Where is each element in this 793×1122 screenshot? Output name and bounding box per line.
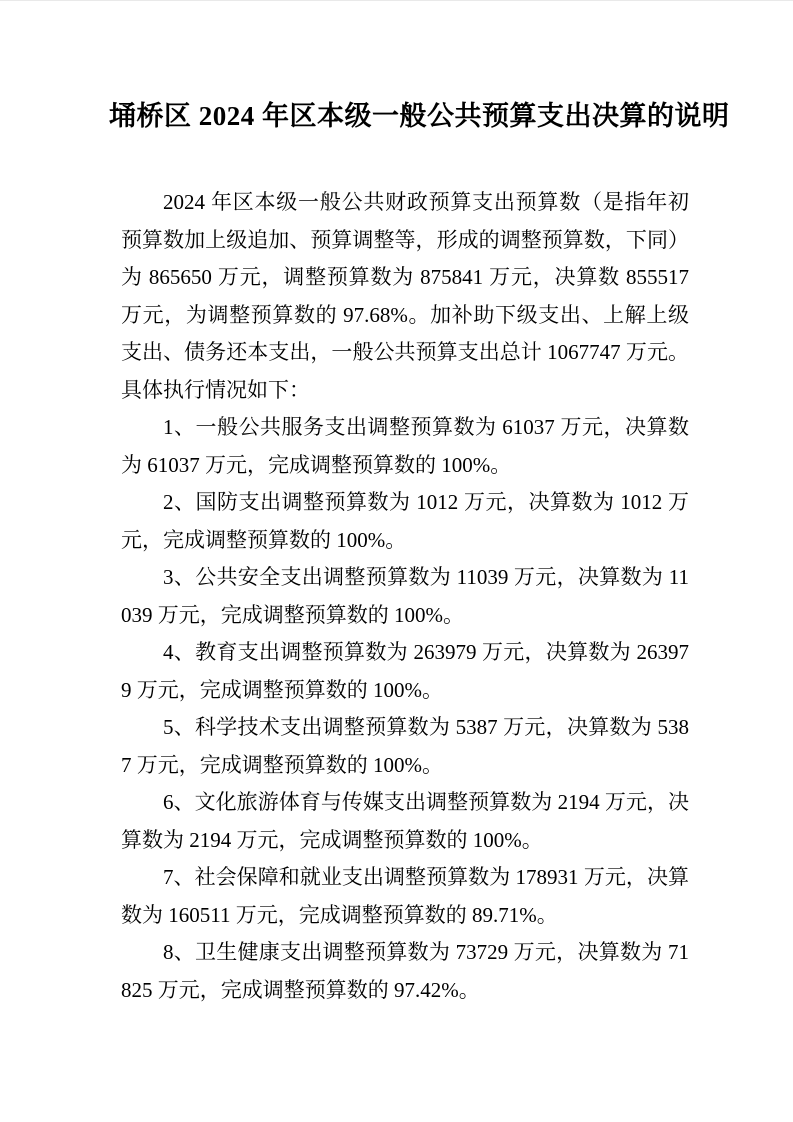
expense-item-3-public-security: 3、公共安全支出调整预算数为 11039 万元，决算数为 11039 万元，完成…: [121, 559, 689, 634]
document-title: 埇桥区 2024 年区本级一般公共预算支出决算的说明: [109, 96, 689, 136]
document-body: 2024 年区本级一般公共财政预算支出预算数（是指年初预算数加上级追加、预算调整…: [121, 184, 689, 1009]
expense-item-8-health: 8、卫生健康支出调整预算数为 73729 万元，决算数为 71825 万元，完成…: [121, 934, 689, 1009]
document-page: 埇桥区 2024 年区本级一般公共预算支出决算的说明 2024 年区本级一般公共…: [0, 0, 793, 1122]
intro-paragraph: 2024 年区本级一般公共财政预算支出预算数（是指年初预算数加上级追加、预算调整…: [121, 184, 689, 409]
expense-item-4-education: 4、教育支出调整预算数为 263979 万元，决算数为 263979 万元，完成…: [121, 634, 689, 709]
expense-item-1-general-public-services: 1、一般公共服务支出调整预算数为 61037 万元，决算数为 61037 万元，…: [121, 409, 689, 484]
expense-item-7-social-security-employment: 7、社会保障和就业支出调整预算数为 178931 万元，决算数为 160511 …: [121, 859, 689, 934]
expense-item-5-science-technology: 5、科学技术支出调整预算数为 5387 万元，决算数为 5387 万元，完成调整…: [121, 709, 689, 784]
expense-item-6-culture-tourism-sports-media: 6、文化旅游体育与传媒支出调整预算数为 2194 万元，决算数为 2194 万元…: [121, 784, 689, 859]
expense-item-2-national-defense: 2、国防支出调整预算数为 1012 万元，决算数为 1012 万元，完成调整预算…: [121, 484, 689, 559]
